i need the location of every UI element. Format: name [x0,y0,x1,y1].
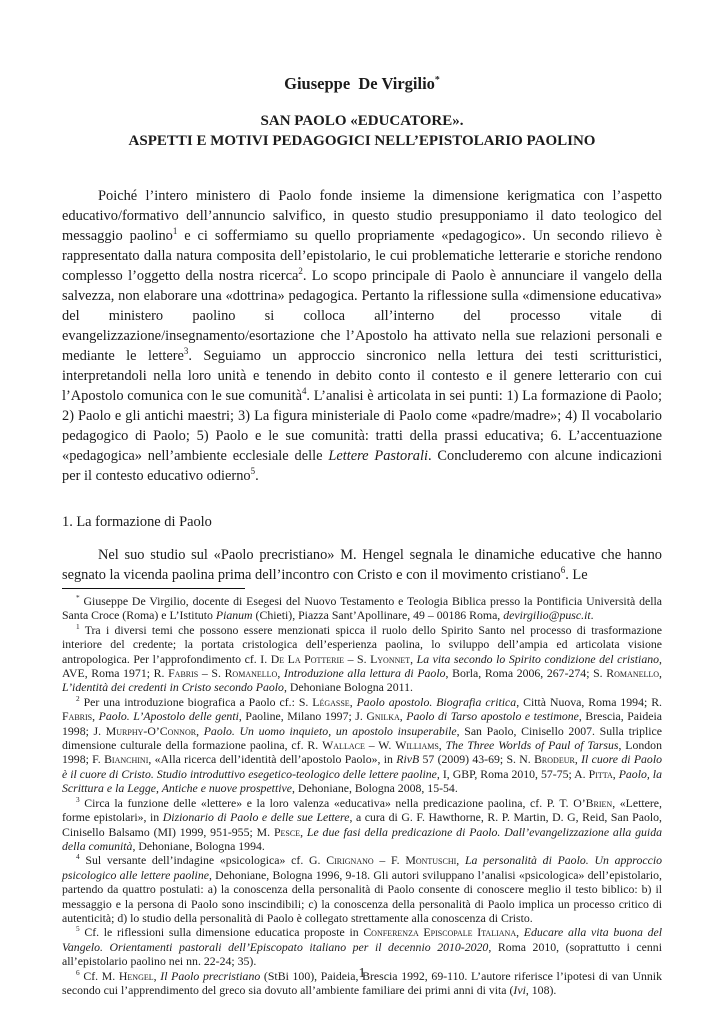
footnote-star: * Giuseppe De Virgilio, docente di Esege… [62,594,662,623]
author-name: Giuseppe De Virgilio [284,74,435,93]
footnote-2: 2 Per una introduzione biografica a Paol… [62,695,662,796]
body-text: Poiché l’intero ministero di Paolo fonde… [62,186,662,585]
paper-title-line-1: SAN PAOLO «EDUCATORE». [62,112,662,132]
footnote-separator [62,588,245,589]
footnote-3: 3 Circa la funzione delle «lettere» e la… [62,796,662,854]
author-line: Giuseppe De Virgilio* [62,74,662,94]
intro-paragraph: Poiché l’intero ministero di Paolo fonde… [62,186,662,486]
footnotes: * Giuseppe De Virgilio, docente di Esege… [62,594,662,997]
author-footnote-marker: * [435,75,440,86]
document-page: Giuseppe De Virgilio* SAN PAOLO «EDUCATO… [0,0,724,1024]
section-1-heading: 1. La formazione di Paolo [62,512,662,532]
section-1-paragraph: Nel suo studio sul «Paolo precristiano» … [62,545,662,585]
footnote-1: 1 Tra i diversi temi che possono essere … [62,623,662,695]
footnote-4: 4 Sul versante dell’indagine «psicologic… [62,853,662,925]
page-number: 1 [0,966,724,982]
paper-title: SAN PAOLO «EDUCATORE». ASPETTI E MOTIVI … [62,112,662,151]
paper-title-line-2: ASPETTI E MOTIVI PEDAGOGICI NELL’EPISTOL… [62,132,662,152]
footnote-5: 5 Cf. le riflessioni sulla dimensione ed… [62,925,662,968]
